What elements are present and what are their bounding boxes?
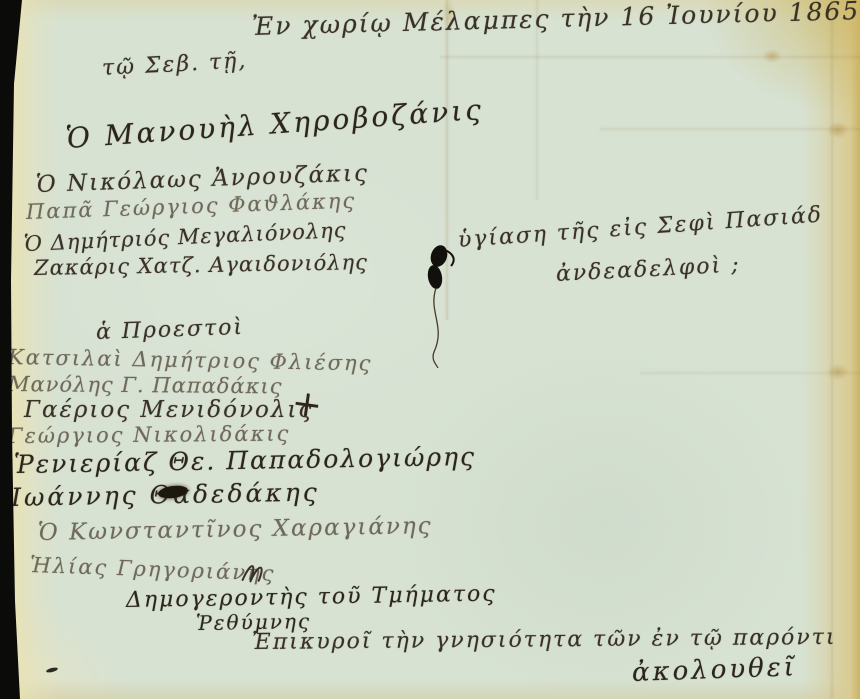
closing-word: ἀκολουθεῖ <box>631 652 797 688</box>
cross-mark: + <box>289 382 325 427</box>
ink-blot-mark <box>424 240 470 370</box>
scanned-letter-page: Ἐν χωρίῳ Μέλαμπες τὴν 16 Ἰουνίου 1865. τ… <box>0 0 860 699</box>
elder-line: Μανόλης Γ. Παπαδάκις <box>8 372 283 398</box>
horizontal-fold-crease-top <box>440 56 860 58</box>
elder-line: Γαέριος Μενιδόνολις <box>24 397 313 423</box>
certification-line: Ἐπικυροῖ τὴν γνησιότητα τῶν ἐν τῷ παρόντ… <box>252 625 837 655</box>
horizontal-fold-crease-upper <box>600 128 860 130</box>
section-heading-proestoi: ἁ Προεστοὶ <box>96 315 245 345</box>
signature-flourish-mark <box>240 558 270 588</box>
elder-line: Γεώργιος Νικολιδάκις <box>8 422 291 448</box>
horizontal-fold-crease-lower <box>640 372 860 374</box>
vertical-fold-crease-right <box>831 0 833 699</box>
